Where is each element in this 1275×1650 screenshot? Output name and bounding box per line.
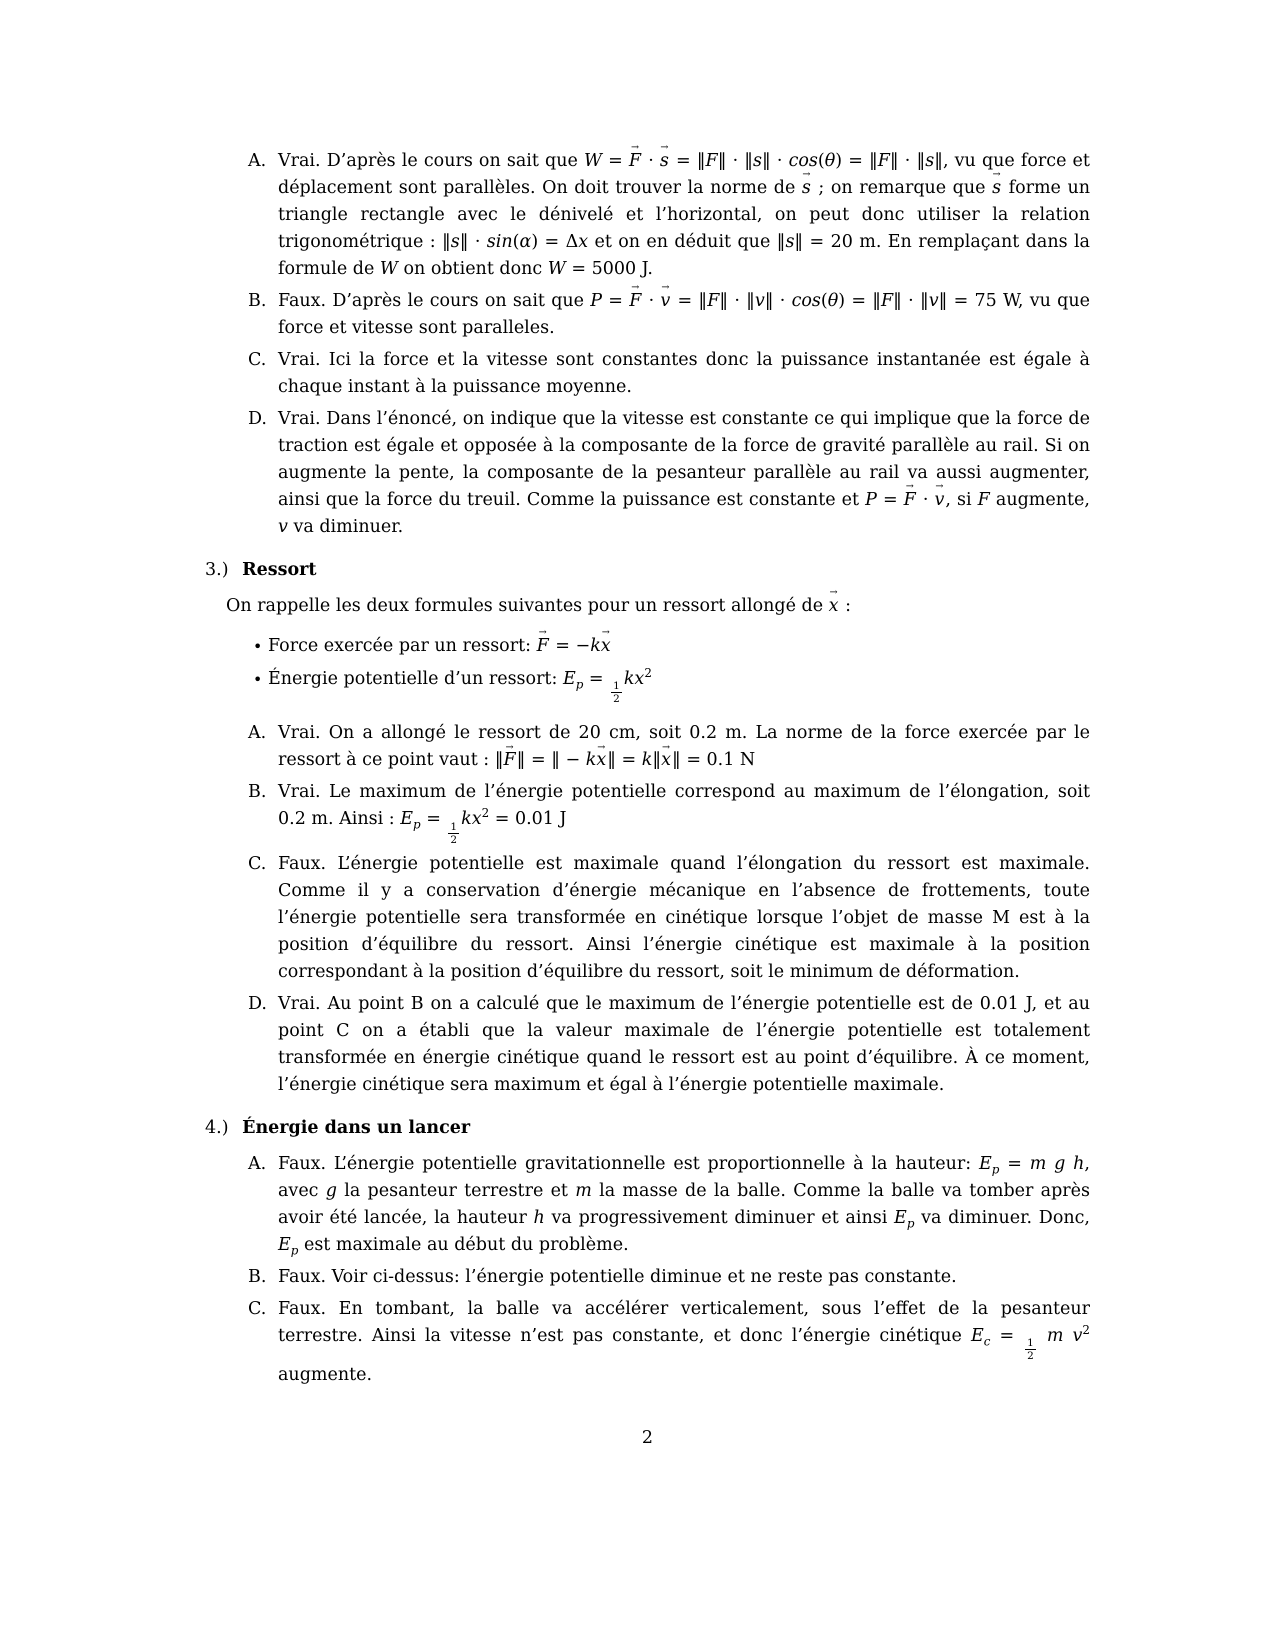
section-number: 4.) <box>205 1115 229 1142</box>
section-title: Ressort <box>242 557 316 584</box>
item-label: D. <box>248 406 278 541</box>
answer-item-4b: B. Faux. Voir ci-dessus: l’énergie poten… <box>248 1264 1090 1291</box>
item-label: A. <box>248 720 278 774</box>
item-text: Faux. L’énergie potentielle gravitationn… <box>278 1151 1090 1259</box>
item-text: Vrai. Dans l’énoncé, on indique que la v… <box>278 406 1090 541</box>
item-text: Faux. Voir ci-dessus: l’énergie potentie… <box>278 1264 1090 1291</box>
section-title: Énergie dans un lancer <box>242 1115 470 1142</box>
answer-item-3d: D. Vrai. Au point B on a calculé que le … <box>248 991 1090 1099</box>
formula-list: • Force exercée par un ressort: F = −kx … <box>205 633 1090 705</box>
section-4-energie-lancer: 4.) Énergie dans un lancer A. Faux. L’én… <box>205 1115 1090 1389</box>
item-text: Faux. D’après le cours on sait que P = F… <box>278 288 1090 342</box>
section-number: 3.) <box>205 557 229 584</box>
formula-bullet-force: • Force exercée par un ressort: F = −kx <box>253 633 1090 660</box>
item-label: C. <box>248 347 278 401</box>
section-4-heading: 4.) Énergie dans un lancer <box>205 1115 1090 1142</box>
answer-item-2b: B. Faux. D’après le cours on sait que P … <box>248 288 1090 342</box>
item-text: Vrai. D’après le cours on sait que W = F… <box>278 148 1090 283</box>
answer-item-3a: A. Vrai. On a allongé le ressort de 20 c… <box>248 720 1090 774</box>
answer-item-2d: D. Vrai. Dans l’énoncé, on indique que l… <box>248 406 1090 541</box>
item-text: Vrai. On a allongé le ressort de 20 cm, … <box>278 720 1090 774</box>
section-3-intro: On rappelle les deux formules suivantes … <box>226 593 1090 620</box>
item-label: D. <box>248 991 278 1099</box>
document-page: A. Vrai. D’après le cours on sait que W … <box>0 0 1275 1650</box>
item-text: Faux. L’énergie potentielle est maximale… <box>278 851 1090 986</box>
answer-item-3b: B. Vrai. Le maximum de l’énergie potenti… <box>248 779 1090 845</box>
bullet-text: Force exercée par un ressort: F = −kx <box>268 633 1090 660</box>
answer-item-4c: C. Faux. En tombant, la balle va accélér… <box>248 1296 1090 1389</box>
answer-item-2a: A. Vrai. D’après le cours on sait que W … <box>248 148 1090 283</box>
item-text: Vrai. Ici la force et la vitesse sont co… <box>278 347 1090 401</box>
answer-item-2c: C. Vrai. Ici la force et la vitesse sont… <box>248 347 1090 401</box>
item-text: Faux. En tombant, la balle va accélérer … <box>278 1296 1090 1389</box>
item-label: B. <box>248 779 278 845</box>
section-3-heading: 3.) Ressort <box>205 557 1090 584</box>
bullet-icon: • <box>253 633 268 660</box>
section-3-ressort: 3.) Ressort On rappelle les deux formule… <box>205 557 1090 1099</box>
answer-item-3c: C. Faux. L’énergie potentielle est maxim… <box>248 851 1090 986</box>
answer-item-4a: A. Faux. L’énergie potentielle gravitati… <box>248 1151 1090 1259</box>
item-label: C. <box>248 851 278 986</box>
item-text: Vrai. Le maximum de l’énergie potentiell… <box>278 779 1090 845</box>
question2-answers: A. Vrai. D’après le cours on sait que W … <box>205 148 1090 541</box>
formula-bullet-energy: • Énergie potentielle d’un ressort: Ep =… <box>253 666 1090 705</box>
item-label: B. <box>248 288 278 342</box>
page-number: 2 <box>205 1425 1090 1452</box>
bullet-text: Énergie potentielle d’un ressort: Ep = 1… <box>268 666 1090 705</box>
item-label: A. <box>248 148 278 283</box>
item-label: A. <box>248 1151 278 1259</box>
bullet-icon: • <box>253 666 268 705</box>
item-text: Vrai. Au point B on a calculé que le max… <box>278 991 1090 1099</box>
item-label: B. <box>248 1264 278 1291</box>
item-label: C. <box>248 1296 278 1389</box>
